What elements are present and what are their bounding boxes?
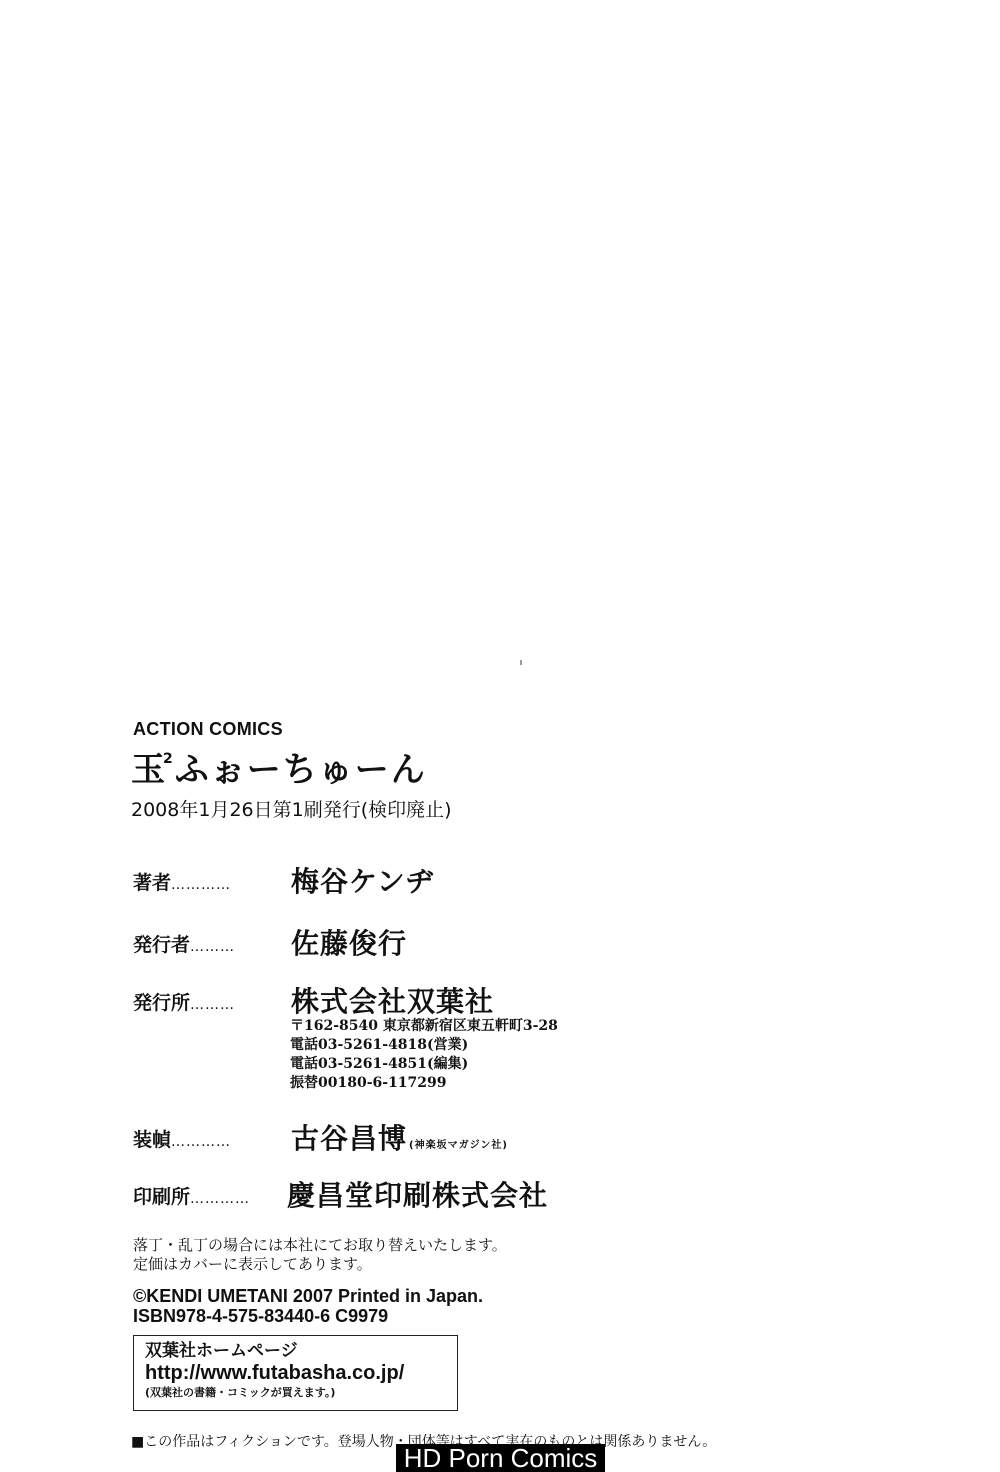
watermark-banner: HD Porn Comics bbox=[396, 1444, 605, 1472]
notices: 落丁・乱丁の場合には本社にてお取り替えいたします。 定価はカバーに表示してありま… bbox=[133, 1236, 507, 1274]
credit-label: 印刷所 bbox=[133, 1182, 190, 1209]
postal-address: 〒162-8540 東京都新宿区東五軒町3-28 bbox=[290, 1017, 558, 1036]
designer-company: (神楽坂マガジン社) bbox=[409, 1140, 508, 1151]
credit-row-publishing-house: 発行所……… 株式会社双葉社 bbox=[133, 988, 235, 1015]
leader-dots: ……… bbox=[190, 997, 235, 1013]
scan-speck bbox=[520, 660, 522, 665]
homepage-box: 双葉社ホームページ http://www.futabasha.co.jp/ (双… bbox=[133, 1335, 458, 1411]
leader-dots: ………… bbox=[171, 877, 231, 893]
credit-label: 著者 bbox=[133, 868, 171, 895]
title-main-char: 玉 bbox=[131, 750, 167, 790]
publisher-address: 〒162-8540 東京都新宿区東五軒町3-28 電話03-5261-4818(… bbox=[290, 1017, 558, 1093]
series-label: ACTION COMICS bbox=[133, 719, 283, 740]
credit-row-printer: 印刷所………… 慶昌堂印刷株式会社 bbox=[133, 1182, 250, 1209]
title-rest: ふぉーちゅーん bbox=[175, 750, 427, 790]
publication-date: 2008年1月26日第1刷発行(検印廃止) bbox=[131, 795, 452, 822]
credit-value: 慶昌堂印刷株式会社 bbox=[287, 1174, 548, 1214]
transfer-account: 振替00180-6-117299 bbox=[290, 1074, 558, 1093]
book-title: 玉2ふぉーちゅーん bbox=[131, 742, 427, 791]
credit-value: 梅谷ケンヂ bbox=[291, 860, 435, 900]
credit-label: 発行所 bbox=[133, 988, 190, 1015]
homepage-url[interactable]: http://www.futabasha.co.jp/ bbox=[145, 1362, 457, 1385]
isbn-line: ISBN978-4-575-83440-6 C9979 bbox=[133, 1306, 483, 1326]
credit-label: 発行者 bbox=[133, 930, 190, 957]
credit-value: 佐藤俊行 bbox=[291, 922, 407, 962]
credit-row-author: 著者………… 梅谷ケンヂ bbox=[133, 868, 231, 895]
phone-editorial: 電話03-5261-4851(編集) bbox=[290, 1055, 558, 1074]
designer-name: 古谷昌博 bbox=[291, 1122, 407, 1155]
price-notice: 定価はカバーに表示してあります。 bbox=[133, 1255, 507, 1274]
credit-label: 装幀 bbox=[133, 1125, 171, 1152]
homepage-note: (双葉社の書籍・コミックが買えます。) bbox=[145, 1385, 457, 1401]
leader-dots: ………… bbox=[190, 1191, 250, 1207]
title-superscript: 2 bbox=[163, 751, 175, 767]
replacement-notice: 落丁・乱丁の場合には本社にてお取り替えいたします。 bbox=[133, 1236, 507, 1255]
leader-dots: ………… bbox=[171, 1134, 231, 1150]
credit-row-publisher: 発行者……… 佐藤俊行 bbox=[133, 930, 235, 957]
homepage-title: 双葉社ホームページ bbox=[145, 1341, 457, 1362]
copyright-line: ©KENDI UMETANI 2007 Printed in Japan. bbox=[133, 1286, 483, 1306]
copyright-block: ©KENDI UMETANI 2007 Printed in Japan. IS… bbox=[133, 1286, 483, 1326]
credit-row-design: 装幀………… 古谷昌博(神楽坂マガジン社) bbox=[133, 1125, 231, 1152]
credit-value: 株式会社双葉社 bbox=[291, 980, 494, 1020]
credit-value: 古谷昌博(神楽坂マガジン社) bbox=[291, 1117, 508, 1157]
phone-sales: 電話03-5261-4818(営業) bbox=[290, 1036, 558, 1055]
leader-dots: ……… bbox=[190, 939, 235, 955]
